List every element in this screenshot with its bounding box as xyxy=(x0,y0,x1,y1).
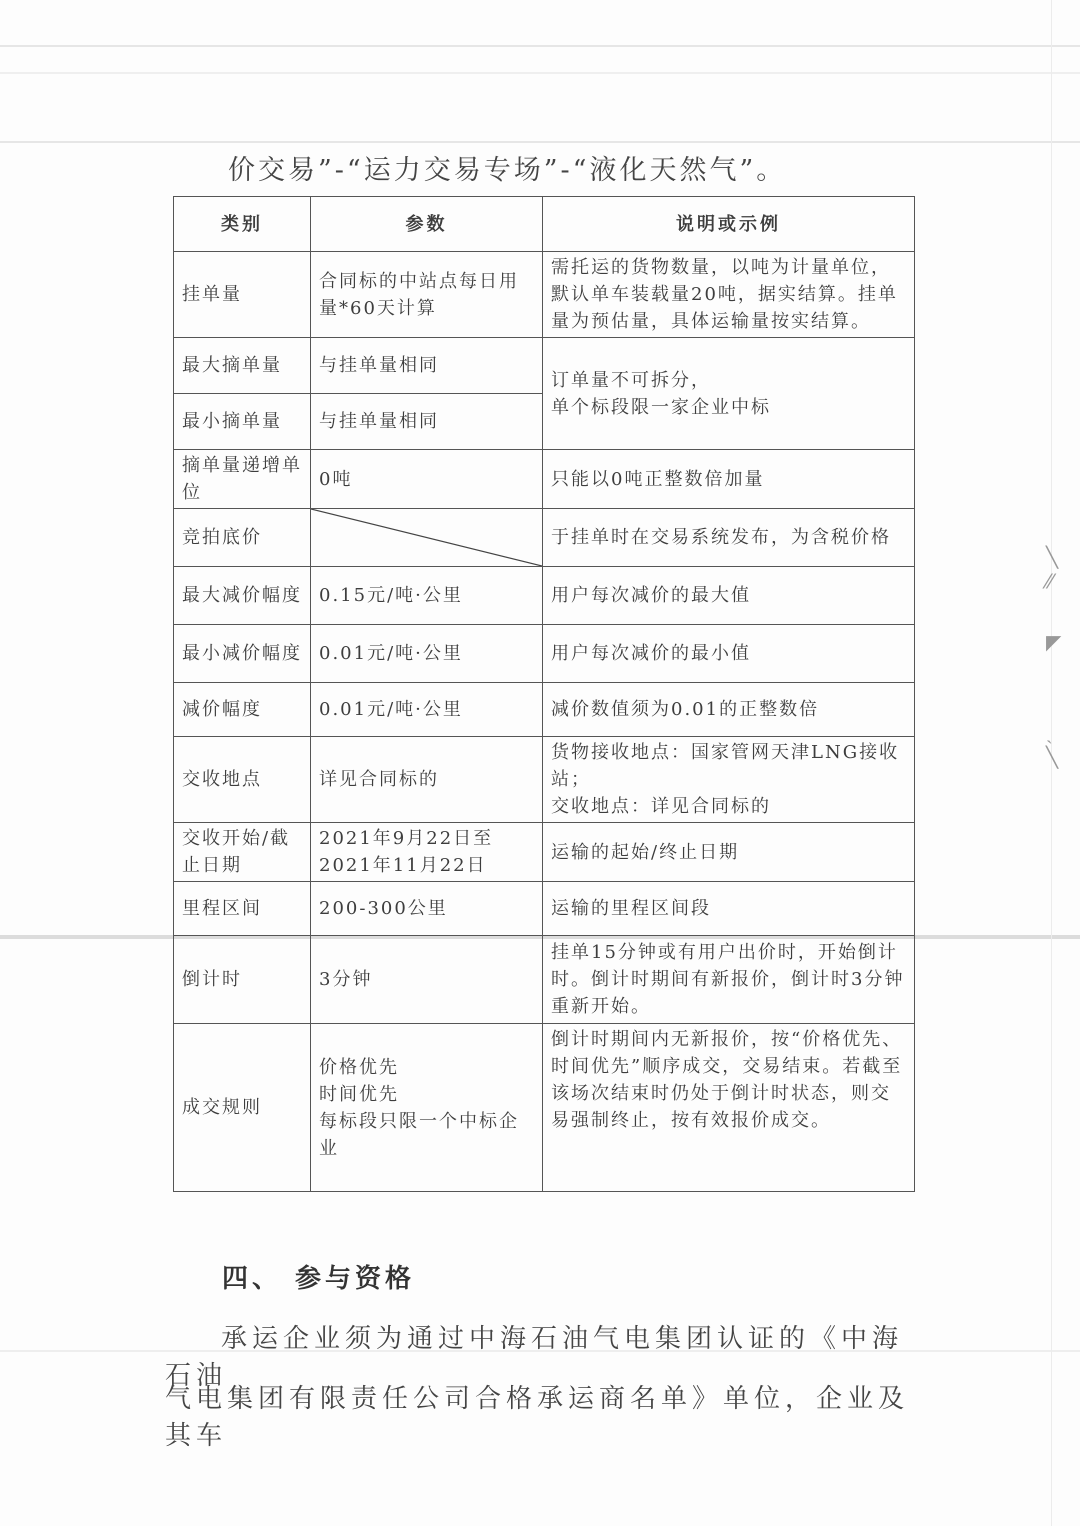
row-param: 0.15元/吨·公里 xyxy=(311,567,543,625)
row-note: 只能以0吨正整数倍加量 xyxy=(543,450,915,509)
trading-parameters-table: 类别 参数 说明或示例 挂单量 合同标的中站点每日用量*60天计算 需托运的货物… xyxy=(173,196,915,1192)
row-category: 竞拍底价 xyxy=(174,509,311,567)
row-param: 0.01元/吨·公里 xyxy=(311,683,543,737)
row-note: 于挂单时在交易系统发布，为含税价格 xyxy=(543,509,915,567)
row-param: 2021年9月22日至 2021年11月22日 xyxy=(311,823,543,882)
table-row: 成交规则 价格优先 时间优先 每标段只限一个中标企业 倒计时期间内无新报价，按“… xyxy=(174,1024,915,1192)
row-param: 价格优先 时间优先 每标段只限一个中标企业 xyxy=(311,1024,543,1192)
table-row: 竞拍底价 于挂单时在交易系统发布，为含税价格 xyxy=(174,509,915,567)
table-row: 交收开始/截止日期 2021年9月22日至 2021年11月22日 运输的起始/… xyxy=(174,823,915,882)
header-parameter: 参数 xyxy=(311,197,543,252)
row-note: 减价数值须为0.01的正整数倍 xyxy=(543,683,915,737)
header-description: 说明或示例 xyxy=(543,197,915,252)
row-note: 用户每次减价的最大值 xyxy=(543,567,915,625)
row-note: 用户每次减价的最小值 xyxy=(543,625,915,683)
row-note: 运输的起始/终止日期 xyxy=(543,823,915,882)
row-category: 交收地点 xyxy=(174,737,311,823)
row-param: 0吨 xyxy=(311,450,543,509)
scan-artifact-line xyxy=(0,141,1080,143)
row-param: 与挂单量相同 xyxy=(311,338,543,394)
row-note: 货物接收地点：国家管网天津LNG接收站； 交收地点：详见合同标的 xyxy=(543,737,915,823)
table-row: 减价幅度 0.01元/吨·公里 减价数值须为0.01的正整数倍 xyxy=(174,683,915,737)
table-row: 交收地点 详见合同标的 货物接收地点：国家管网天津LNG接收站； 交收地点：详见… xyxy=(174,737,915,823)
row-category: 交收开始/截止日期 xyxy=(174,823,311,882)
scan-artifact-line xyxy=(0,45,1080,47)
row-category: 最大摘单量 xyxy=(174,338,311,394)
table-row: 摘单量递增单位 0吨 只能以0吨正整数倍加量 xyxy=(174,450,915,509)
row-category: 摘单量递增单位 xyxy=(174,450,311,509)
header-category: 类别 xyxy=(174,197,311,252)
row-note: 挂单15分钟或有用户出价时，开始倒计时。倒计时期间有新报价，倒计时3分钟重新开始… xyxy=(543,936,915,1024)
row-category: 倒计时 xyxy=(174,936,311,1024)
scan-artifact-line xyxy=(0,72,1080,74)
row-param: 200-300公里 xyxy=(311,882,543,936)
row-category: 最小摘单量 xyxy=(174,394,311,450)
row-note: 需托运的货物数量，以吨为计量单位，默认单车装载量20吨，据实结算。挂单量为预估量… xyxy=(543,252,915,338)
row-param: 合同标的中站点每日用量*60天计算 xyxy=(311,252,543,338)
row-category: 减价幅度 xyxy=(174,683,311,737)
row-param: 3分钟 xyxy=(311,936,543,1024)
bleed-through-mark: ˎ╲ xyxy=(1046,720,1074,769)
row-category: 里程区间 xyxy=(174,882,311,936)
row-note-merged: 订单量不可拆分， 单个标段限一家企业中标 xyxy=(543,338,915,450)
bleed-through-mark: ╲⁄⁄ xyxy=(1046,545,1074,593)
empty-diagonal-cell xyxy=(311,509,543,567)
table-header-row: 类别 参数 说明或示例 xyxy=(174,197,915,252)
paragraph-line: 气电集团有限责任公司合格承运商名单》单位，企业及其车 xyxy=(165,1378,910,1452)
table-row: 最大摘单量 与挂单量相同 订单量不可拆分， 单个标段限一家企业中标 xyxy=(174,338,915,394)
table-row: 最大减价幅度 0.15元/吨·公里 用户每次减价的最大值 xyxy=(174,567,915,625)
table-row: 里程区间 200-300公里 运输的里程区间段 xyxy=(174,882,915,936)
section-heading: 四、 参与资格 xyxy=(222,1258,415,1295)
diagonal-line xyxy=(311,509,542,566)
row-note: 倒计时期间内无新报价，按“价格优先、时间优先”顺序成交，交易结束。若截至该场次结… xyxy=(543,1024,915,1192)
row-category: 挂单量 xyxy=(174,252,311,338)
lead-line: 价交易”-“运力交易专场”-“液化天然气”。 xyxy=(228,148,786,187)
table-row: 倒计时 3分钟 挂单15分钟或有用户出价时，开始倒计时。倒计时期间有新报价，倒计… xyxy=(174,936,915,1024)
row-param: 详见合同标的 xyxy=(311,737,543,823)
table-row: 挂单量 合同标的中站点每日用量*60天计算 需托运的货物数量，以吨为计量单位，默… xyxy=(174,252,915,338)
row-param: 0.01元/吨·公里 xyxy=(311,625,543,683)
row-category: 最大减价幅度 xyxy=(174,567,311,625)
row-note: 运输的里程区间段 xyxy=(543,882,915,936)
row-category: 最小减价幅度 xyxy=(174,625,311,683)
table-row: 最小减价幅度 0.01元/吨·公里 用户每次减价的最小值 xyxy=(174,625,915,683)
row-category: 成交规则 xyxy=(174,1024,311,1192)
bleed-through-mark: ◤ xyxy=(1046,630,1074,654)
row-param: 与挂单量相同 xyxy=(311,394,543,450)
